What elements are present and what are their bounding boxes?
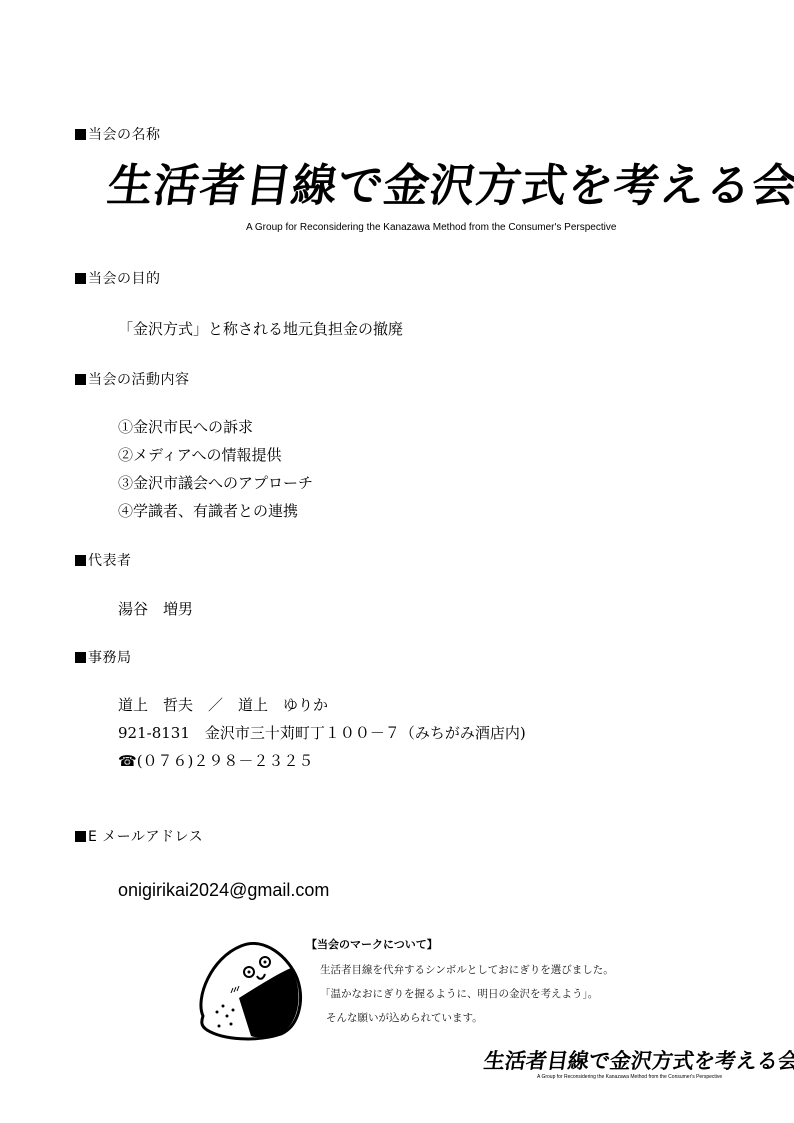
office-staff: 道上 哲夫 ／ 道上 ゆりか (118, 694, 328, 715)
footer-group-logo: 生活者目線で金沢方式を考える会 (483, 1050, 794, 1071)
heading-purpose: 当会の目的 (75, 268, 161, 288)
square-bullet-icon (75, 831, 86, 842)
heading-label: 当会の名称 (88, 127, 161, 143)
heading-email: E メールアドレス (75, 826, 203, 846)
heading-label: 代表者 (88, 553, 132, 569)
office-phone-row: ☎(０７６)２９８－２３２５ (118, 750, 313, 771)
heading-activities: 当会の活動内容 (75, 369, 190, 389)
onigiri-mascot-icon (193, 938, 305, 1042)
representative-name: 湯谷 増男 (118, 598, 193, 619)
heading-label: 当会の活動内容 (88, 372, 190, 388)
group-logo-subtitle: A Group for Reconsidering the Kanazawa M… (246, 222, 616, 233)
heading-group-name: 当会の名称 (75, 124, 161, 144)
heading-label: E メールアドレス (88, 829, 203, 845)
square-bullet-icon (75, 374, 86, 385)
activity-item: ③金沢市議会へのアプローチ (118, 472, 313, 493)
activity-item: ①金沢市民への訴求 (118, 416, 253, 437)
office-phone: (０７６)２９８－２３２５ (137, 752, 314, 770)
telephone-icon: ☎ (118, 752, 137, 770)
heading-label: 事務局 (88, 650, 132, 666)
mark-description-line: 生活者目線を代弁するシンボルとしておにぎりを選びました。 (320, 962, 614, 977)
footer-group-logo-subtitle: A Group for Reconsidering the Kanazawa M… (537, 1074, 722, 1080)
heading-office: 事務局 (75, 647, 132, 667)
heading-representative: 代表者 (75, 550, 132, 570)
mark-description-line: そんな願いが込められています。 (326, 1010, 483, 1025)
square-bullet-icon (75, 273, 86, 284)
group-logo: 生活者目線で金沢方式を考える会 (105, 163, 794, 208)
activity-item: ②メディアへの情報提供 (118, 444, 282, 465)
activity-item: ④学識者、有識者との連携 (118, 500, 298, 521)
mark-description-line: 「温かなおにぎりを握るように、明日の金沢を考えよう」。 (320, 986, 598, 1001)
office-address: 921-8131 金沢市三十苅町丁１００－７（みちがみ酒店内) (118, 722, 526, 743)
square-bullet-icon (75, 129, 86, 140)
heading-label: 当会の目的 (88, 271, 161, 287)
square-bullet-icon (75, 555, 86, 566)
purpose-text: 「金沢方式」と称される地元負担金の撤廃 (118, 318, 403, 339)
email-address: onigirikai2024@gmail.com (118, 880, 329, 901)
mark-title: 【当会のマークについて】 (306, 936, 438, 952)
square-bullet-icon (75, 652, 86, 663)
